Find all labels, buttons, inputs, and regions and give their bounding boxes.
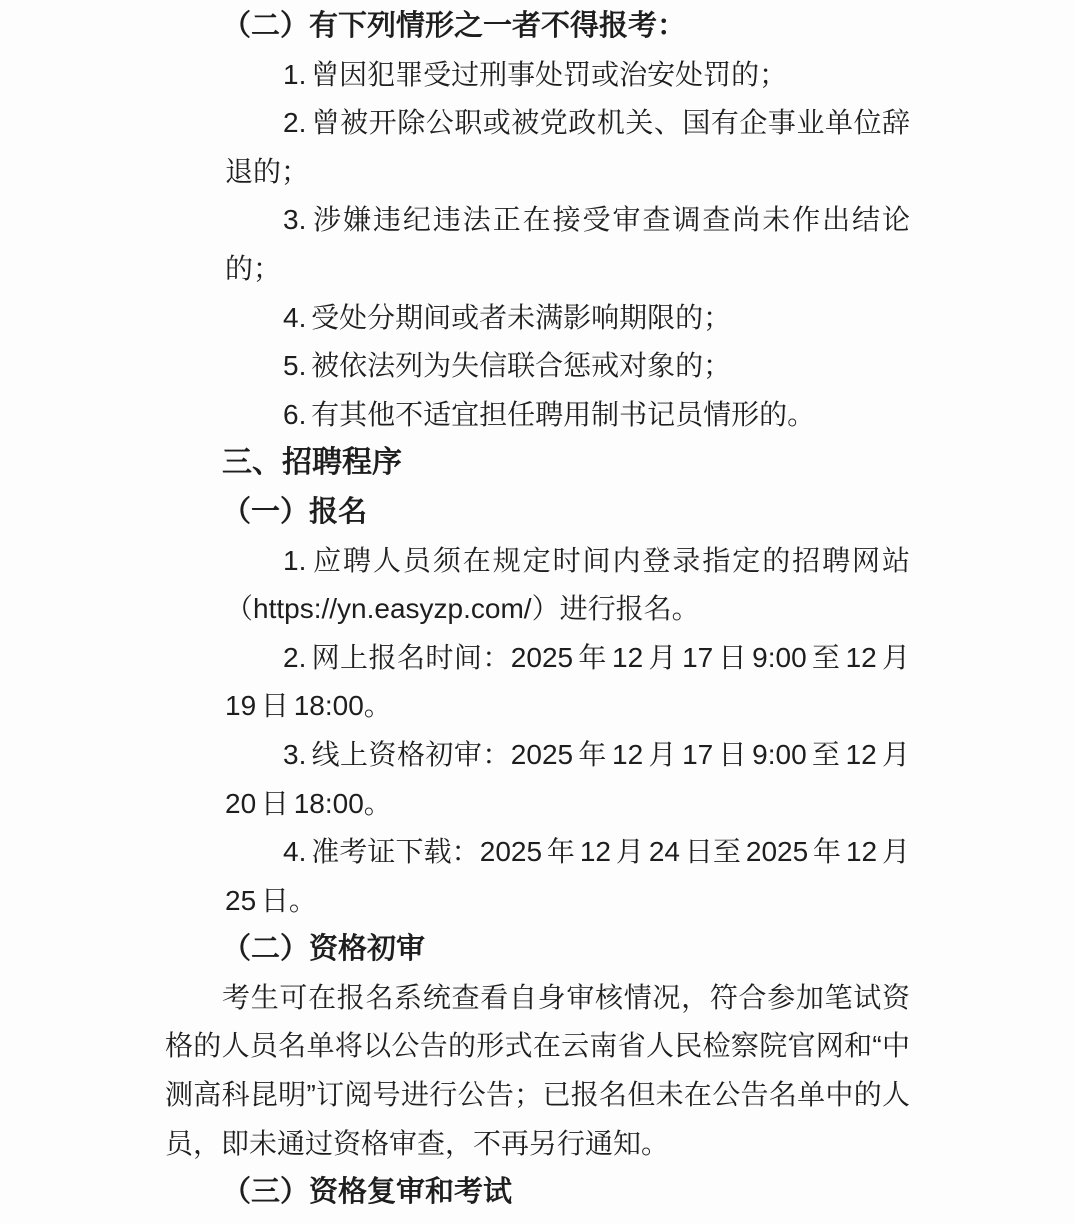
disqualify-item-5: 5. 被依法列为失信联合惩戒对象的；	[225, 342, 910, 391]
registration-item-2-signup-time: 2. 网上报名时间：2025 年 12 月 17 日 9:00 至 12 月 1…	[225, 634, 910, 731]
disqualify-item-6: 6. 有其他不适宜担任聘用制书记员情形的。	[225, 391, 910, 440]
registration-item-4-admission-ticket-download: 4. 准考证下载：2025 年 12 月 24 日至 2025 年 12 月 2…	[225, 828, 910, 925]
registration-item-3-online-review-time: 3. 线上资格初审：2025 年 12 月 17 日 9:00 至 12 月 2…	[225, 731, 910, 828]
document-content: （二）有下列情形之一者不得报考： 1. 曾因犯罪受过刑事处罚或治安处罚的； 2.…	[165, 2, 910, 1217]
subheading-disqualifying-conditions: （二）有下列情形之一者不得报考：	[165, 2, 910, 51]
document-page: （二）有下列情形之一者不得报考： 1. 曾因犯罪受过刑事处罚或治安处罚的； 2.…	[0, 0, 1074, 1224]
disqualify-item-3: 3. 涉嫌违纪违法正在接受审查调查尚未作出结论的；	[225, 196, 910, 293]
paragraph-initial-review-details: 考生可在报名系统查看自身审核情况，符合参加笔试资格的人员名单将以公告的形式在云南…	[165, 974, 910, 1168]
subheading-qualification-initial-review: （二）资格初审	[165, 925, 910, 974]
subheading-qualification-recheck-and-exam: （三）资格复审和考试	[165, 1168, 910, 1217]
subheading-registration: （一）报名	[165, 488, 910, 537]
section-heading-recruitment-procedure: 三、招聘程序	[165, 439, 910, 488]
registration-item-1-website: 1. 应聘人员须在规定时间内登录指定的招聘网站（https://yn.easyz…	[225, 537, 910, 634]
disqualify-item-1: 1. 曾因犯罪受过刑事处罚或治安处罚的；	[225, 51, 910, 100]
disqualify-item-4: 4. 受处分期间或者未满影响期限的；	[225, 294, 910, 343]
disqualify-item-2: 2. 曾被开除公职或被党政机关、国有企事业单位辞退的；	[225, 99, 910, 196]
